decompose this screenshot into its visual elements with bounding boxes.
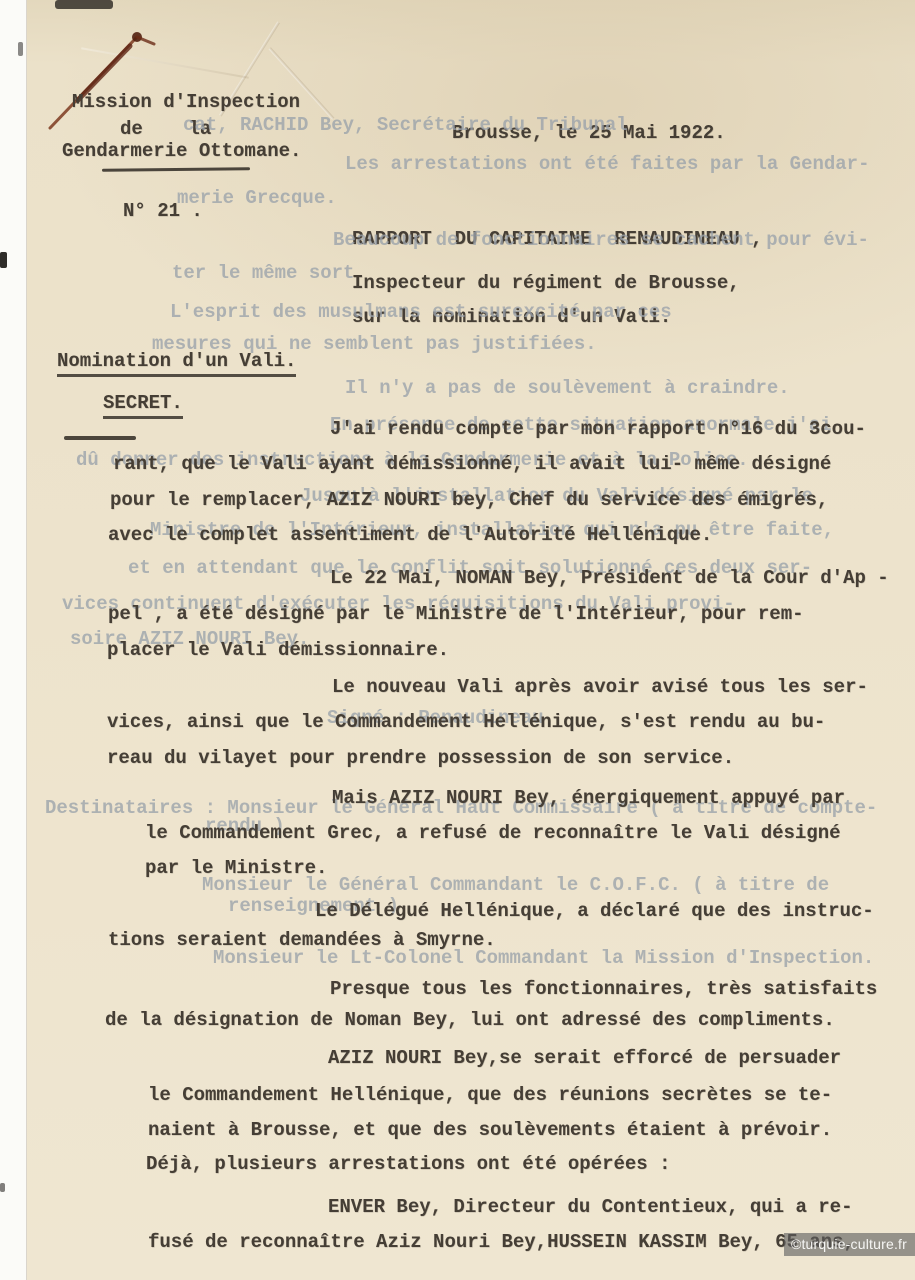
typed-line: le Commandement Hellénique, que des réun…	[148, 1086, 832, 1105]
typed-line: fusé de reconnaître Aziz Nouri Bey,HUSSE…	[148, 1233, 855, 1252]
typed-line: Le nouveau Vali après avoir avisé tous l…	[332, 678, 868, 697]
typed-line: pel , a été désigné par le Ministre de l…	[108, 605, 804, 624]
typed-line: naient à Brousse, et que des soulèvement…	[148, 1121, 832, 1140]
scanner-debris-mark	[0, 252, 7, 268]
bleedthrough-line: ter le même sort	[172, 264, 354, 283]
margin-heading: Nomination d'un Vali.	[57, 352, 296, 377]
typed-line: le Commandement Grec, a refusé de reconn…	[145, 824, 841, 843]
typed-line: avec le complet assentiment de l'Autorit…	[108, 526, 712, 545]
letterhead-org-line: Gendarmerie Ottomane.	[62, 142, 301, 161]
typed-line: pour le remplacer, AZIZ NOURI bey, Chef …	[110, 491, 828, 510]
bleedthrough-line: cat, RACHID Bey, Secrétaire du Tribunal	[183, 116, 628, 135]
bleedthrough-line: merie Grecque.	[177, 189, 337, 208]
typed-line: par le Ministre.	[145, 859, 327, 878]
typed-line: de la désignation de Noman Bey, lui ont …	[105, 1011, 835, 1030]
typed-line: Le Délégué Hellénique, a déclaré que des…	[315, 902, 874, 921]
bleedthrough-line: Les arrestations ont été faites par la G…	[345, 155, 870, 174]
bleedthrough-line: L'esprit des musulmans est surexcité par…	[170, 303, 672, 322]
watermark-credit: ©turquie-culture.fr	[784, 1233, 915, 1256]
typed-line: Déjà, plusieurs arrestations ont été opé…	[146, 1155, 671, 1174]
letterhead-org-line: Mission d'Inspection	[72, 93, 300, 112]
torn-edge-mark	[55, 0, 113, 9]
typed-line: J'ai rendu compte par mon rapport n°16 d…	[330, 420, 866, 439]
scanned-document: Mission d'Inspection de la Gendarmerie O…	[0, 0, 915, 1280]
typed-line: Le 22 Mai, NOMAN Bey, Président de la Co…	[330, 569, 889, 588]
typed-line: Mais AZIZ NOURI Bey, énergiquement appuy…	[332, 789, 845, 808]
typed-line: placer le Vali démissionnaire.	[107, 641, 449, 660]
letterhead-rule	[102, 167, 250, 172]
bleedthrough-line: mesures qui ne semblent pas justifiées.	[152, 335, 597, 354]
bleedthrough-line: Beaucoup de fonctionnaires se cachent po…	[333, 231, 869, 250]
classification-rule	[64, 436, 136, 440]
scanner-debris-mark	[18, 42, 23, 56]
typed-line: tions seraient demandées à Smyrne.	[108, 931, 496, 950]
typed-line: vices, ainsi que le Commandement Helléni…	[107, 713, 825, 732]
typed-line: AZIZ NOURI Bey,se serait efforcé de pers…	[328, 1049, 841, 1068]
scanner-edge-strip	[0, 0, 27, 1280]
typed-line: reau du vilayet pour prendre possession …	[107, 749, 734, 768]
bleedthrough-line: Monsieur le Lt-Colonel Commandant la Mis…	[213, 949, 874, 968]
classification-secret: SECRET.	[103, 394, 183, 419]
scanner-debris-mark	[0, 1183, 5, 1192]
typed-line: Presque tous les fonctionnaires, très sa…	[330, 980, 877, 999]
report-title-line: Inspecteur du régiment de Brousse,	[352, 274, 740, 293]
bleedthrough-line: Il n'y a pas de soulèvement à craindre.	[345, 379, 790, 398]
typed-line: rant, que le Vali ayant démissionné, il …	[113, 455, 831, 474]
typed-line: ENVER Bey, Directeur du Contentieux, qui…	[328, 1198, 853, 1217]
